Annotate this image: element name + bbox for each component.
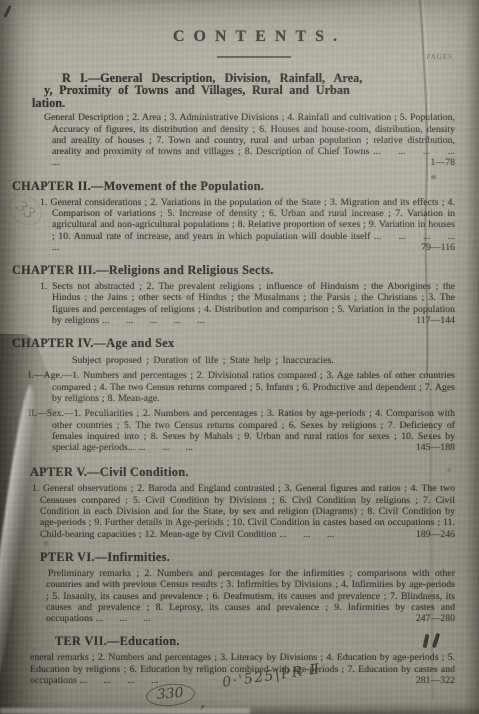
chapter-4-heading: CHAPTER IV.—Age and Sex <box>12 336 455 351</box>
chapter-5-synopsis: 1. General observations ; 2. Baroda and … <box>40 483 455 539</box>
chapter-4-age-synopsis: I.—Age.—1. Numbers and percentages ; 2. … <box>52 370 455 404</box>
leader-dots: ... ... ... <box>96 613 151 624</box>
chapter-2-page-range: 79—116 <box>433 242 455 253</box>
chapter-4-age-text: I.—Age.—1. Numbers and percentages ; 2. … <box>28 370 455 404</box>
chapter-2-synopsis: 1. General considerations ; 2. Variation… <box>52 197 455 253</box>
leader-dots: ... ... ... <box>279 529 334 540</box>
chapter-4-sex-text: II.—Sex.—1. Peculiarities ; 2. Numbers a… <box>28 408 455 453</box>
chapter-1-heading: R I.—General Description, Division, Rain… <box>32 72 455 109</box>
chapter-1-heading-line-3: lation. <box>32 97 455 109</box>
page-edge-strip <box>0 708 250 714</box>
chapter-3-synopsis: 1. Sects not abstracted ; 2. The prevale… <box>52 281 455 326</box>
pages-column-header: PAGES <box>426 53 453 61</box>
leader-dots: ... ... ... <box>138 442 193 453</box>
handwritten-comma-mark: , <box>200 694 205 712</box>
chapter-6-synopsis: Preliminary remarks ; 2. Numbers and per… <box>46 568 455 624</box>
chapter-1-synopsis: General Description ; 2. Area ; 3. Admin… <box>52 112 455 168</box>
scanned-contents-page: CONTENTS. R I.—General Description, Divi… <box>0 0 479 714</box>
page-content: CONTENTS. R I.—General Description, Divi… <box>0 0 479 686</box>
section-chapter-6: PTER VI.—Infirmities. Preliminary remark… <box>52 550 455 624</box>
smudge-spot <box>431 175 436 179</box>
section-chapter-4: CHAPTER IV.—Age and Sex Subject proposed… <box>52 336 455 453</box>
chapter-1-page-range: 1—78 <box>439 157 456 168</box>
leader-dots: ... ... ... ... ... <box>102 315 205 326</box>
chapter-2-heading: CHAPTER II.—Movement of the Population. <box>12 179 455 194</box>
section-chapter-5: APTER V.—Civil Condition. 1. General obs… <box>52 465 455 539</box>
page-title: CONTENTS. <box>64 28 455 46</box>
chapter-3-page-range: 117—144 <box>428 315 455 326</box>
section-chapter-2: CHAPTER II.—Movement of the Population. … <box>52 179 455 253</box>
leader-dots: ... ... ... ... <box>80 675 159 686</box>
chapter-6-heading: PTER VI.—Infirmities. <box>40 550 455 565</box>
chapter-5-heading: APTER V.—Civil Condition. <box>30 465 455 480</box>
chapter-6-page-range: 247—280 <box>414 613 455 624</box>
chapter-4-sex-synopsis: II.—Sex.—1. Peculiarities ; 2. Numbers a… <box>52 408 455 453</box>
chapter-3-heading: CHAPTER III.—Religions and Religious Sec… <box>12 263 455 278</box>
chapter-7-page-range: 281—322 <box>416 675 455 686</box>
chapter-5-page-range: 189—246 <box>424 529 455 540</box>
section-chapter-3: CHAPTER III.—Religions and Religious Sec… <box>52 263 455 326</box>
section-chapter-1: R I.—General Description, Division, Rain… <box>52 72 455 169</box>
chapter-5-synopsis-text: 1. General observations ; 2. Baroda and … <box>32 483 455 539</box>
section-chapter-7: TER VII.—Education. eneral remarks ; 2. … <box>52 634 455 686</box>
chapter-4-page-range: 145—188 <box>440 442 455 453</box>
title-rule <box>217 56 291 58</box>
smudge-spot <box>44 541 48 546</box>
page-edge-bottom <box>0 704 479 714</box>
smudge-spot <box>447 468 451 472</box>
chapter-1-heading-line-2: y, Proximity of Towns and Villages, Rura… <box>32 84 455 96</box>
chapter-7-heading: TER VII.—Education. <box>55 634 455 649</box>
chapter-4-subject-line: Subject proposed ; Duration of life ; St… <box>72 355 455 366</box>
chapter-7-synopsis: eneral remarks ; 2. Numbers and percenta… <box>30 652 455 686</box>
